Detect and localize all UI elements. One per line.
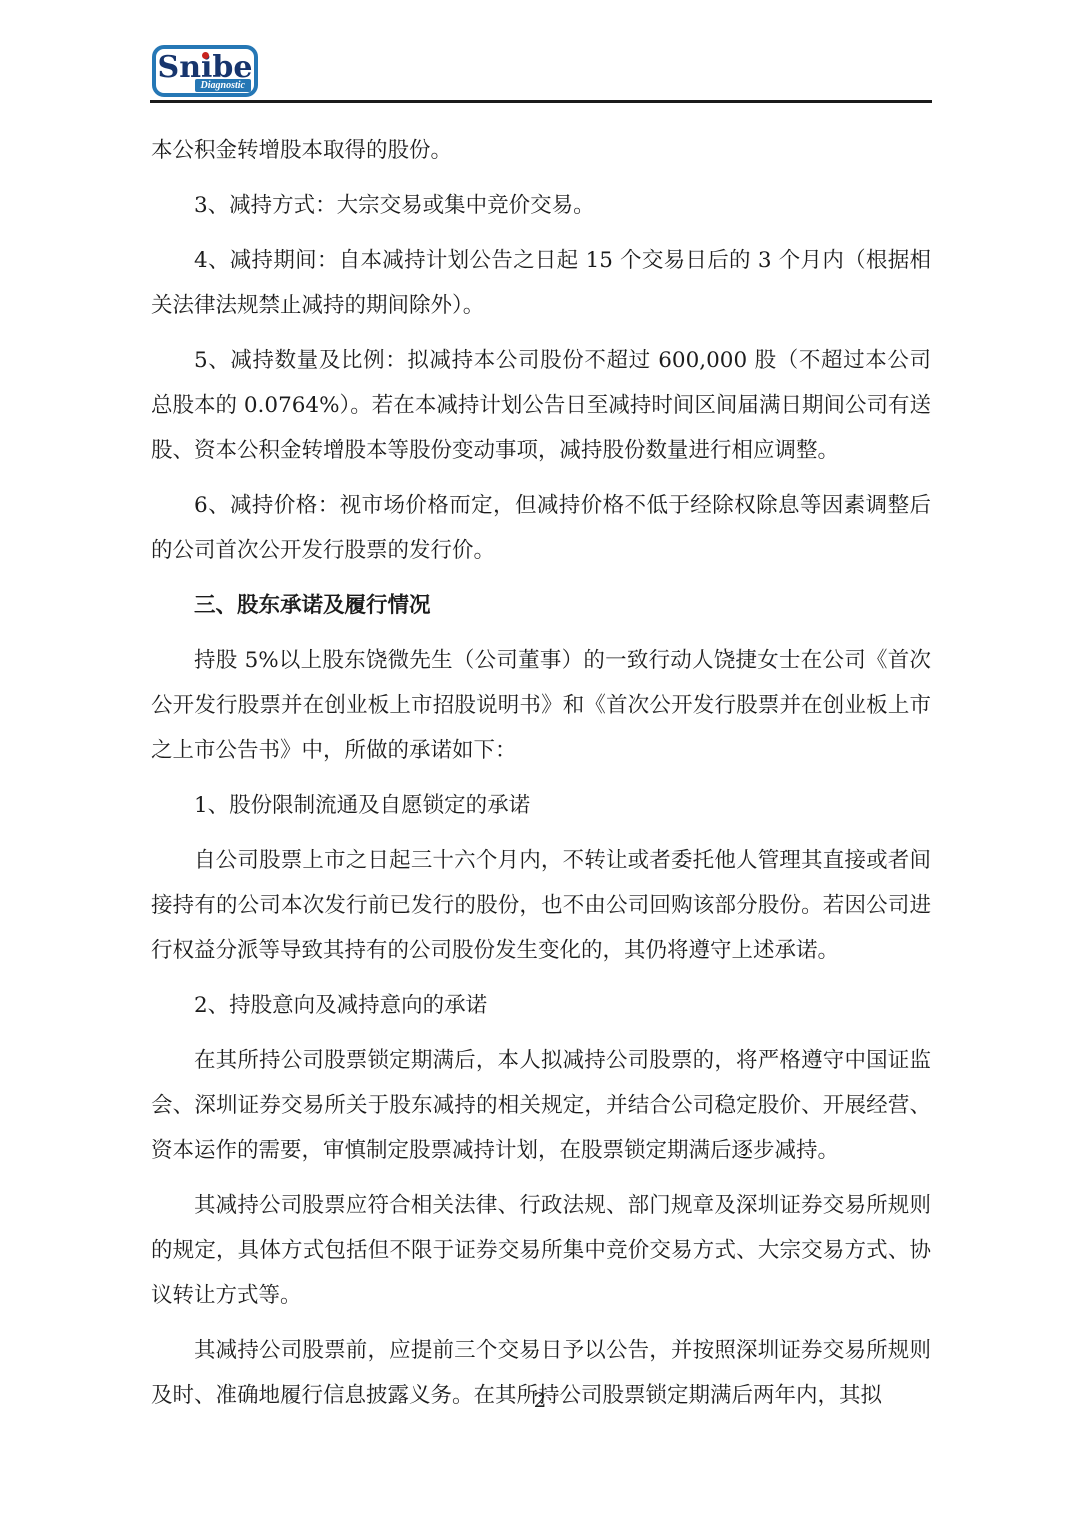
document-body: 本公积金转增股本取得的股份。 3、减持方式：大宗交易或集中竞价交易。 4、减持期… xyxy=(151,128,931,1428)
page-number: 2 xyxy=(150,1388,930,1412)
logo-i-dot-icon xyxy=(202,52,209,59)
paragraph-reduction-methods: 其减持公司股票应符合相关法律、行政法规、部门规章及深圳证券交易所规则的规定，具体… xyxy=(151,1183,931,1318)
paragraph-item-5: 5、减持数量及比例：拟减持本公司股份不超过 600,000 股（不超过本公司总股… xyxy=(151,338,931,473)
paragraph-item-4: 4、减持期间：自本减持计划公告之日起 15 个交易日后的 3 个月内（根据相关法… xyxy=(151,238,931,328)
paragraph-item-3: 3、减持方式：大宗交易或集中竞价交易。 xyxy=(151,183,931,228)
paragraph-commitment-intro: 持股 5%以上股东饶微先生（公司董事）的一致行动人饶捷女士在公司《首次公开发行股… xyxy=(151,638,931,773)
logo-frame: Snibe Diagnostic xyxy=(152,45,258,97)
paragraph-item-6: 6、减持价格：视市场价格而定，但减持价格不低于经除权除息等因素调整后的公司首次公… xyxy=(151,483,931,573)
paragraph-continuation: 本公积金转增股本取得的股份。 xyxy=(151,128,931,173)
subheading-commitment-2: 2、持股意向及减持意向的承诺 xyxy=(151,983,931,1028)
paragraph-lockup: 自公司股票上市之日起三十六个月内，不转让或者委托他人管理其直接或者间接持有的公司… xyxy=(151,838,931,973)
subheading-commitment-1: 1、股份限制流通及自愿锁定的承诺 xyxy=(151,783,931,828)
document-page: Snibe Diagnostic 本公积金转增股本取得的股份。 3、减持方式：大… xyxy=(0,0,1080,1527)
paragraph-holding-intent: 在其所持公司股票锁定期满后，本人拟减持公司股票的，将严格遵守中国证监会、深圳证券… xyxy=(151,1038,931,1173)
company-logo: Snibe Diagnostic xyxy=(152,45,258,97)
logo-subtitle: Diagnostic xyxy=(195,79,251,92)
header-rule xyxy=(150,100,932,103)
section-heading-3: 三、股东承诺及履行情况 xyxy=(151,583,931,628)
